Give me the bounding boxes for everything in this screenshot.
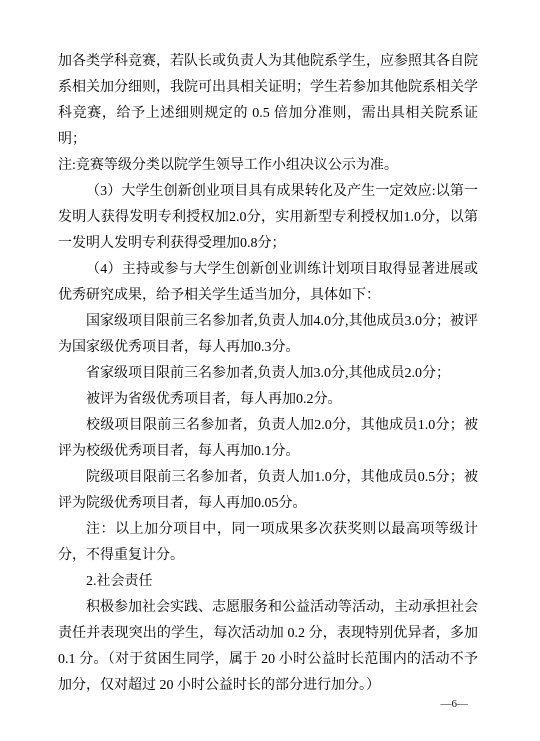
document-page: 加各类学科竞赛，若队长或负责人为其他院系学生，应参照其各自院系相关加分细则，我院…	[0, 0, 540, 741]
paragraph-university-level: 校级项目限前三名参加者，负责人加2.0分，其他成员1.0分；被评为校级优秀项目者…	[58, 413, 478, 465]
paragraph-college-level: 院级项目限前三名参加者，负责人加1.0分，其他成员0.5分；被评为院级优秀项目者…	[58, 465, 478, 517]
paragraph-item-3-patent: （3）大学生创新创业项目具有成果转化及产生一定效应:以第一发明人获得发明专利授权…	[58, 179, 478, 257]
paragraph-national-level: 国家级项目限前三名参加者,负责人加4.0分,其他成员3.0分；被评为国家级优秀项…	[58, 309, 478, 361]
paragraph-competition-note: 注:竞赛等级分类以院学生领导工作小组决议公示为准。	[58, 153, 478, 179]
paragraph-social-responsibility: 积极参加社会实践、志愿服务和公益活动等活动，主动承担社会责任并表现突出的学生，每…	[58, 595, 478, 699]
heading-social-responsibility: 2.社会责任	[58, 569, 478, 595]
paragraph-provincial-excellent: 被评为省级优秀项目者，每人再加0.2分。	[58, 387, 478, 413]
paragraph-competition-rule: 加各类学科竞赛，若队长或负责人为其他院系学生，应参照其各自院系相关加分细则，我院…	[58, 49, 478, 153]
page-number: —6—	[441, 696, 469, 712]
paragraph-scoring-note: 注：以上加分项目中，同一项成果多次获奖则以最高项等级计分，不得重复计分。	[58, 517, 478, 569]
document-body: 加各类学科竞赛，若队长或负责人为其他院系学生，应参照其各自院系相关加分细则，我院…	[58, 49, 478, 699]
paragraph-item-4-training-program: （4）主持或参与大学生创新创业训练计划项目取得显著进展或优秀研究成果，给予相关学…	[58, 257, 478, 309]
paragraph-provincial-level: 省家级项目限前三名参加者,负责人加3.0分,其他成员2.0分；	[58, 361, 478, 387]
